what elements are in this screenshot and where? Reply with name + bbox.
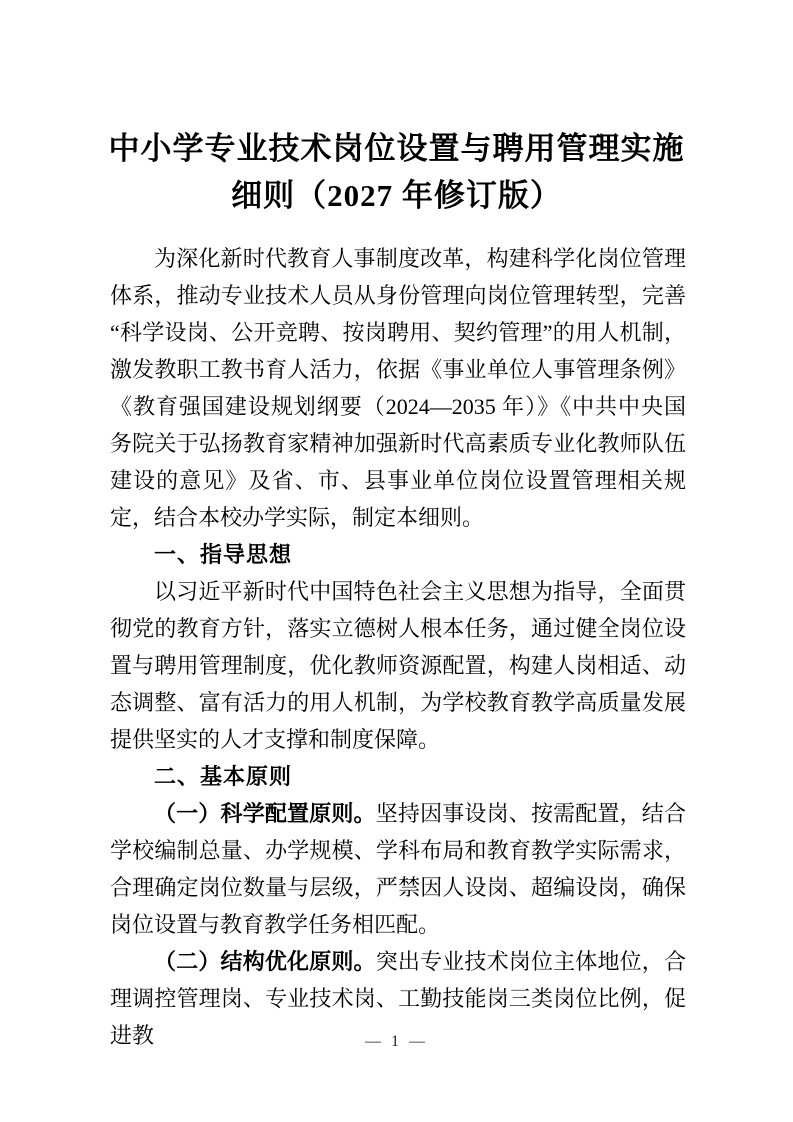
section-heading: 一、指导思想 <box>110 536 686 573</box>
paragraph-lead: （一）科学配置原则。 <box>154 801 376 826</box>
paragraph-lead: （二）结构优化原则。 <box>154 949 376 974</box>
document-title: 中小学专业技术岗位设置与聘用管理实施 细则（2027 年修订版） <box>54 125 739 219</box>
document-title-line-2: 细则（2027 年修订版） <box>54 172 739 219</box>
doc-paragraph: 以习近平新时代中国特色社会主义思想为指导，全面贯彻党的教育方针，落实立德树人根本… <box>110 573 686 758</box>
document-body: 为深化新时代教育人事制度改革，构建科学化岗位管理体系，推动专业技术人员从身份管理… <box>110 240 686 1054</box>
document-title-line-1: 中小学专业技术岗位设置与聘用管理实施 <box>54 125 739 172</box>
page-number: — 1 — <box>0 1031 793 1053</box>
doc-paragraph: 为深化新时代教育人事制度改革，构建科学化岗位管理体系，推动专业技术人员从身份管理… <box>110 240 686 536</box>
section-heading: 二、基本原则 <box>110 758 686 795</box>
doc-paragraph: （一）科学配置原则。坚持因事设岗、按需配置，结合学校编制总量、办学规模、学科布局… <box>110 795 686 943</box>
document-page: 中小学专业技术岗位设置与聘用管理实施 细则（2027 年修订版） 为深化新时代教… <box>0 0 793 1122</box>
